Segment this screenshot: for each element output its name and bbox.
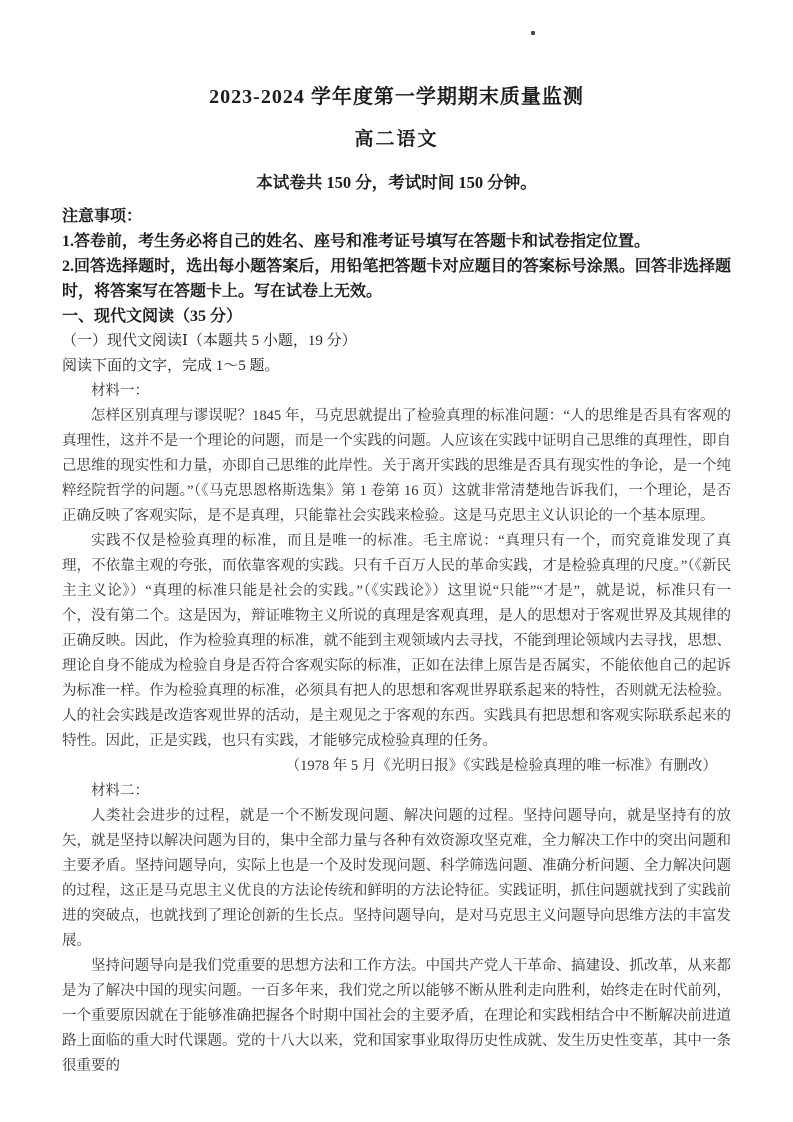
material-2-paragraph-2: 坚持问题导向是我们党重要的思想方法和工作方法。中国共产党人干革命、搞建设、抓改革… xyxy=(62,954,731,1079)
scan-artifact-dot xyxy=(531,31,535,35)
material-1-paragraph-1: 怎样区别真理与谬误呢？1845 年，马克思就提出了检验真理的标准问题：“人的思维… xyxy=(62,404,731,529)
subsection-1-heading: （一）现代文阅读Ⅰ（本题共 5 小题，19 分） xyxy=(62,329,731,354)
notice-item-1: 1.答卷前，考生务必将自己的姓名、座号和准考证号填写在答题卡和试卷指定位置。 xyxy=(62,229,731,254)
exam-title: 2023-2024 学年度第一学期期末质量监测 xyxy=(62,84,731,110)
exam-paper-page: 2023-2024 学年度第一学期期末质量监测 高二语文 本试卷共 150 分，… xyxy=(0,0,793,1122)
section-1-heading: 一、现代文阅读（35 分） xyxy=(62,304,731,329)
exam-subject: 高二语文 xyxy=(62,127,731,152)
notice-heading: 注意事项： xyxy=(62,204,731,229)
material-2-label: 材料二： xyxy=(62,779,731,804)
material-2-paragraph-1: 人类社会进步的过程，就是一个不断发现问题、解决问题的过程。坚持问题导向，就是坚持… xyxy=(62,804,731,954)
exam-info-line: 本试卷共 150 分，考试时间 150 分钟。 xyxy=(62,171,731,195)
notice-item-2: 2.回答选择题时，选出每小题答案后，用铅笔把答题卡对应题目的答案标号涂黑。回答非… xyxy=(62,254,731,304)
material-1-paragraph-2: 实践不仅是检验真理的标准，而且是唯一的标准。毛主席说：“真理只有一个，而究竟谁发… xyxy=(62,529,731,754)
material-1-label: 材料一： xyxy=(62,379,731,404)
material-1-citation: （1978 年 5 月《光明日报》《实践是检验真理的唯一标准》有删改） xyxy=(62,754,731,779)
reading-instruction: 阅读下面的文字，完成 1～5 题。 xyxy=(62,354,731,379)
